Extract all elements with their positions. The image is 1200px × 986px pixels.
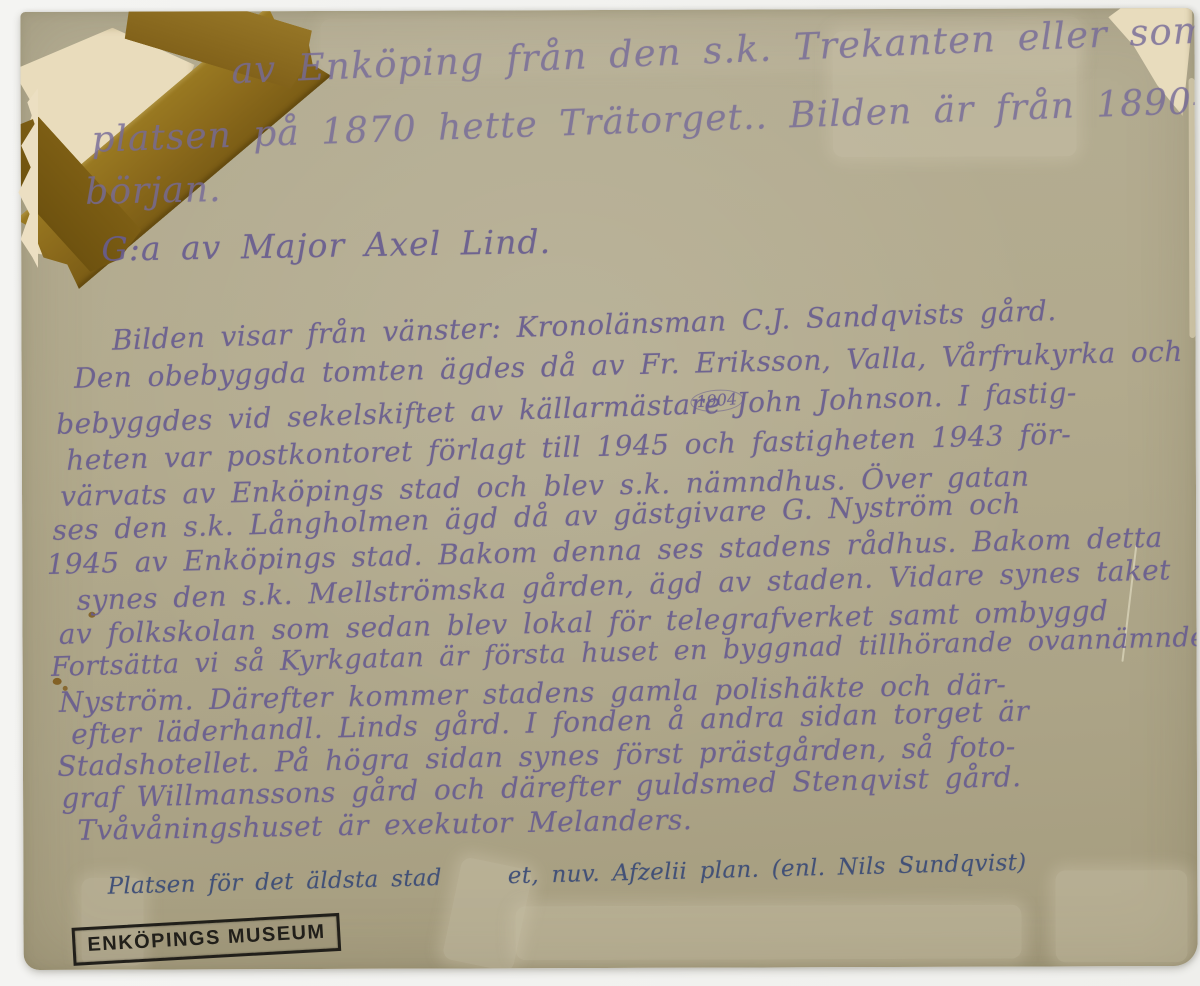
footer-note-right: et, nuv. Afzelii plan. (enl. Nils Sundqv… — [508, 850, 1027, 890]
footer-note: Platsen för det äldsta stadet, nuv. Afze… — [107, 850, 1026, 900]
credit-line: G:a av Major Axel Lind. — [101, 222, 551, 269]
document-paper: av Enköping från den s.k. Trekanten elle… — [20, 8, 1197, 970]
scan-background: av Enköping från den s.k. Trekanten elle… — [0, 0, 1200, 986]
handwritten-header-line: början. — [85, 169, 222, 213]
tape-residue-patch — [515, 905, 1021, 961]
museum-stamp-label: ENKÖPINGS MUSEUM — [87, 921, 326, 956]
tape-residue-patch — [1055, 870, 1187, 962]
footer-note-left: Platsen för det äldsta stad — [107, 865, 442, 900]
abraded-gap — [442, 883, 508, 885]
